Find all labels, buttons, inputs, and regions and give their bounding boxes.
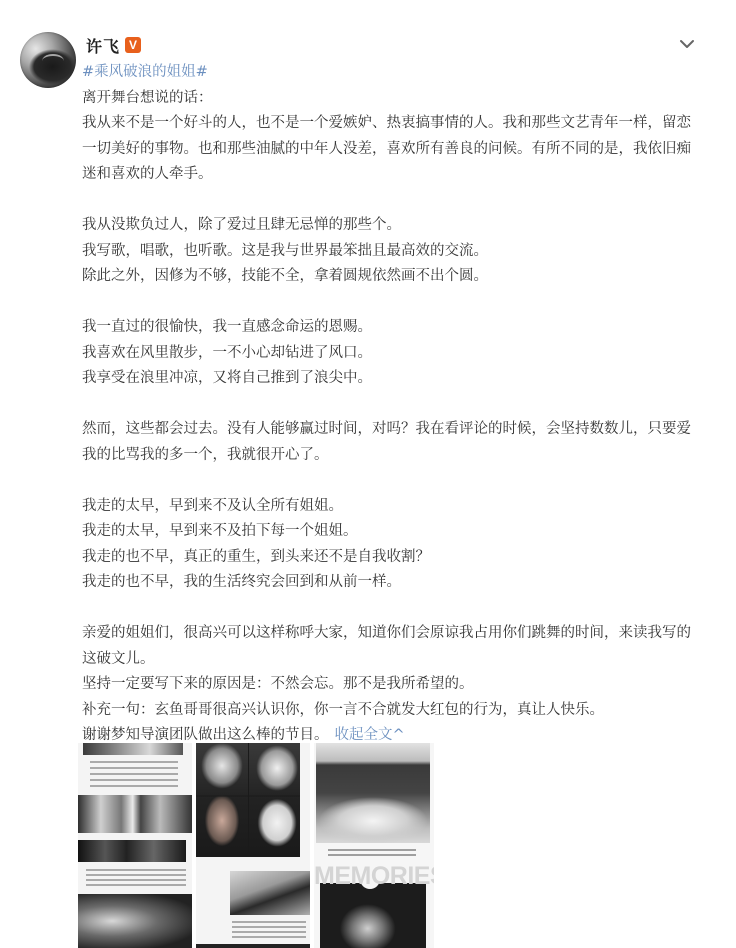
paragraph-4: 然而，这些都会过去。没有人能够赢过时间，对吗？我在看评论的时候，会坚持数数儿，只…	[82, 417, 702, 468]
paragraph-3-line-1: 我一直过的很愉快，我一直感念命运的恩赐。	[82, 315, 702, 341]
verified-badge-icon: V	[125, 37, 141, 53]
paragraph-3-line-2: 我喜欢在风里散步，一不小心却钻进了风口。	[82, 341, 702, 367]
collage-image-2[interactable]	[196, 743, 310, 948]
image-grid: MEMORIES	[78, 743, 434, 948]
paragraph-5-line-4: 我走的也不早，我的生活终究会回到和从前一样。	[82, 570, 702, 596]
weibo-post: 许飞 V #乘风破浪的姐姐# 离开舞台想说的话： 我从来不是一个好斗的人，也不是…	[0, 0, 736, 948]
paragraph-3-line-3: 我享受在浪里冲凉，又将自己推到了浪尖中。	[82, 366, 702, 392]
paragraph-2-line-3: 除此之外，因修为不够，技能不全，拿着圆规依然画不出个圆。	[82, 264, 702, 290]
paragraph-6-line-1: 亲爱的姐姐们，很高兴可以这样称呼大家，知道你们会原谅我占用你们跳舞的时间，来读我…	[82, 621, 702, 672]
author-row: 许飞 V	[86, 34, 141, 56]
paragraph-5-line-2: 我走的太早，早到来不及拍下每一个姐姐。	[82, 519, 702, 545]
last-line: 谢谢梦知导演团队做出这么棒的节目。	[82, 727, 329, 743]
paragraph-5-line-1: 我走的太早，早到来不及认全所有姐姐。	[82, 494, 702, 520]
chevron-up-icon: ^	[393, 727, 405, 743]
paragraph-2-line-2: 我写歌，唱歌，也听歌。这是我与世界最笨拙且最高效的交流。	[82, 239, 702, 265]
avatar-image	[42, 54, 64, 68]
paragraph-6-line-3: 补充一句：玄鱼哥哥很高兴认识你，你一言不合就发大红包的行为，真让人快乐。	[82, 698, 702, 724]
paragraph-1: 我从来不是一个好斗的人，也不是一个爱嫉妒、热衷搞事情的人。我和那些文艺青年一样，…	[82, 111, 702, 188]
paragraph-5-line-3: 我走的也不早，真正的重生，到头来还不是自我收割？	[82, 545, 702, 571]
chevron-down-icon[interactable]	[678, 36, 696, 50]
post-title-line: 离开舞台想说的话：	[82, 86, 702, 112]
hashtag-link[interactable]: #乘风破浪的姐姐#	[82, 64, 208, 80]
paragraph-2-line-1: 我从没欺负过人，除了爱过且肆无忌惮的那些个。	[82, 213, 702, 239]
collage-image-3[interactable]: MEMORIES	[314, 743, 434, 948]
author-name[interactable]: 许飞	[86, 34, 120, 57]
collapse-full-text-link[interactable]: 收起全文^	[335, 727, 405, 743]
avatar[interactable]	[20, 32, 76, 88]
collage-image-1[interactable]	[78, 743, 192, 948]
post-body: #乘风破浪的姐姐# 离开舞台想说的话： 我从来不是一个好斗的人，也不是一个爱嫉妒…	[82, 60, 702, 749]
memories-overlay-text: MEMORIES	[314, 861, 434, 891]
collapse-label: 收起全文	[335, 727, 393, 743]
paragraph-6-line-2: 坚持一定要写下来的原因是：不然会忘。那不是我所希望的。	[82, 672, 702, 698]
